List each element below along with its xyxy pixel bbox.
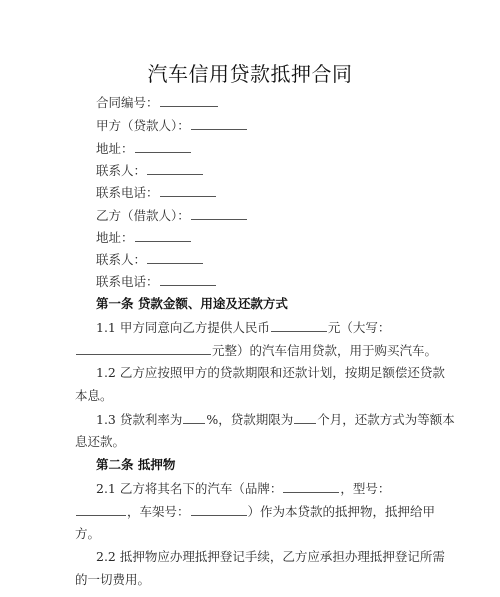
clause-2-2-line-2: 的一切费用。	[75, 572, 150, 588]
clause-text: 2.2 抵押物应办理抵押登记手续，乙方应承担办理抵押登记所需	[96, 549, 445, 564]
clause-text: 元整）的汽车信用贷款，用于购买汽车。	[212, 343, 437, 358]
loan-amount-blank[interactable]	[271, 319, 327, 332]
clause-2-1-line-3: 方。	[75, 526, 100, 542]
field-party-a: 甲方（贷款人）：	[96, 117, 248, 134]
clause-1-2-line-1: 1.2 乙方应按照甲方的贷款期限和还款计划，按期足额偿还贷款	[96, 365, 445, 381]
party-a-phone-blank[interactable]	[160, 184, 216, 197]
field-label: 联系电话：	[96, 274, 159, 289]
car-model-blank[interactable]	[76, 503, 126, 516]
loan-term-blank[interactable]	[294, 411, 316, 424]
clause-text: 的一切费用。	[75, 572, 150, 587]
party-a-address-blank[interactable]	[135, 140, 191, 153]
clause-1-3-line-1: 1.3 贷款利率为%，贷款期限为个月，还款方式为等额本	[96, 411, 455, 428]
field-label: 地址：	[96, 230, 134, 245]
clause-1-1-line-1: 1.1 甲方同意向乙方提供人民币元（大写：	[96, 319, 390, 336]
party-a-blank[interactable]	[191, 117, 247, 130]
clause-2-2-line-1: 2.2 抵押物应办理抵押登记手续，乙方应承担办理抵押登记所需	[96, 549, 445, 565]
field-label: 甲方（贷款人）：	[96, 118, 190, 133]
article-2-heading: 第二条 抵押物	[96, 457, 175, 473]
clause-text: 息还款。	[75, 434, 125, 449]
clause-1-2-line-2: 本息。	[75, 388, 113, 404]
contract-number-blank[interactable]	[160, 94, 218, 107]
field-label: 联系人：	[96, 252, 146, 267]
clause-text: %，贷款期限为	[206, 412, 293, 427]
party-b-address-blank[interactable]	[135, 229, 191, 242]
clause-text: 方。	[75, 526, 100, 541]
field-party-b-contact: 联系人：	[96, 251, 204, 268]
clause-2-1-line-1: 2.1 乙方将其名下的汽车（品牌：，型号：	[96, 480, 390, 497]
party-b-blank[interactable]	[191, 207, 247, 220]
car-brand-blank[interactable]	[283, 480, 339, 493]
clause-text: ）作为本贷款的抵押物，抵押给甲	[248, 504, 436, 519]
field-party-b-address: 地址：	[96, 229, 192, 246]
field-contract-number: 合同编号：	[96, 94, 219, 111]
clause-1-1-line-2: 元整）的汽车信用贷款，用于购买汽车。	[75, 342, 437, 359]
field-party-a-address: 地址：	[96, 140, 192, 157]
party-b-phone-blank[interactable]	[160, 273, 216, 286]
party-b-contact-blank[interactable]	[147, 251, 203, 264]
clause-text: ，型号：	[340, 481, 390, 496]
vin-blank[interactable]	[191, 503, 247, 516]
loan-amount-words-blank[interactable]	[76, 342, 211, 355]
interest-rate-blank[interactable]	[183, 411, 205, 424]
article-1-heading: 第一条 贷款金额、用途及还款方式	[96, 296, 288, 312]
field-label: 地址：	[96, 141, 134, 156]
clause-text: 个月，还款方式为等额本	[317, 412, 455, 427]
field-party-a-phone: 联系电话：	[96, 184, 217, 201]
clause-text: 元（大写：	[328, 320, 391, 335]
field-party-b-phone: 联系电话：	[96, 273, 217, 290]
party-a-contact-blank[interactable]	[147, 162, 203, 175]
document-title: 汽车信用贷款抵押合同	[0, 58, 500, 87]
field-party-b: 乙方（借款人）：	[96, 207, 248, 224]
clause-text: ，车架号：	[127, 504, 190, 519]
field-party-a-contact: 联系人：	[96, 162, 204, 179]
clause-text: 1.2 乙方应按照甲方的贷款期限和还款计划，按期足额偿还贷款	[96, 365, 445, 380]
field-label: 乙方（借款人）：	[96, 208, 190, 223]
clause-text: 2.1 乙方将其名下的汽车（品牌：	[96, 481, 282, 496]
clause-2-1-line-2: ，车架号：）作为本贷款的抵押物，抵押给甲	[75, 503, 435, 520]
field-label: 联系电话：	[96, 185, 159, 200]
field-label: 合同编号：	[96, 95, 159, 110]
clause-text: 1.3 贷款利率为	[96, 412, 182, 427]
contract-page: 汽车信用贷款抵押合同 合同编号： 甲方（贷款人）： 地址： 联系人： 联系电话：…	[0, 0, 500, 597]
field-label: 联系人：	[96, 163, 146, 178]
clause-text: 本息。	[75, 388, 113, 403]
clause-1-3-line-2: 息还款。	[75, 434, 125, 450]
clause-text: 1.1 甲方同意向乙方提供人民币	[96, 320, 270, 335]
